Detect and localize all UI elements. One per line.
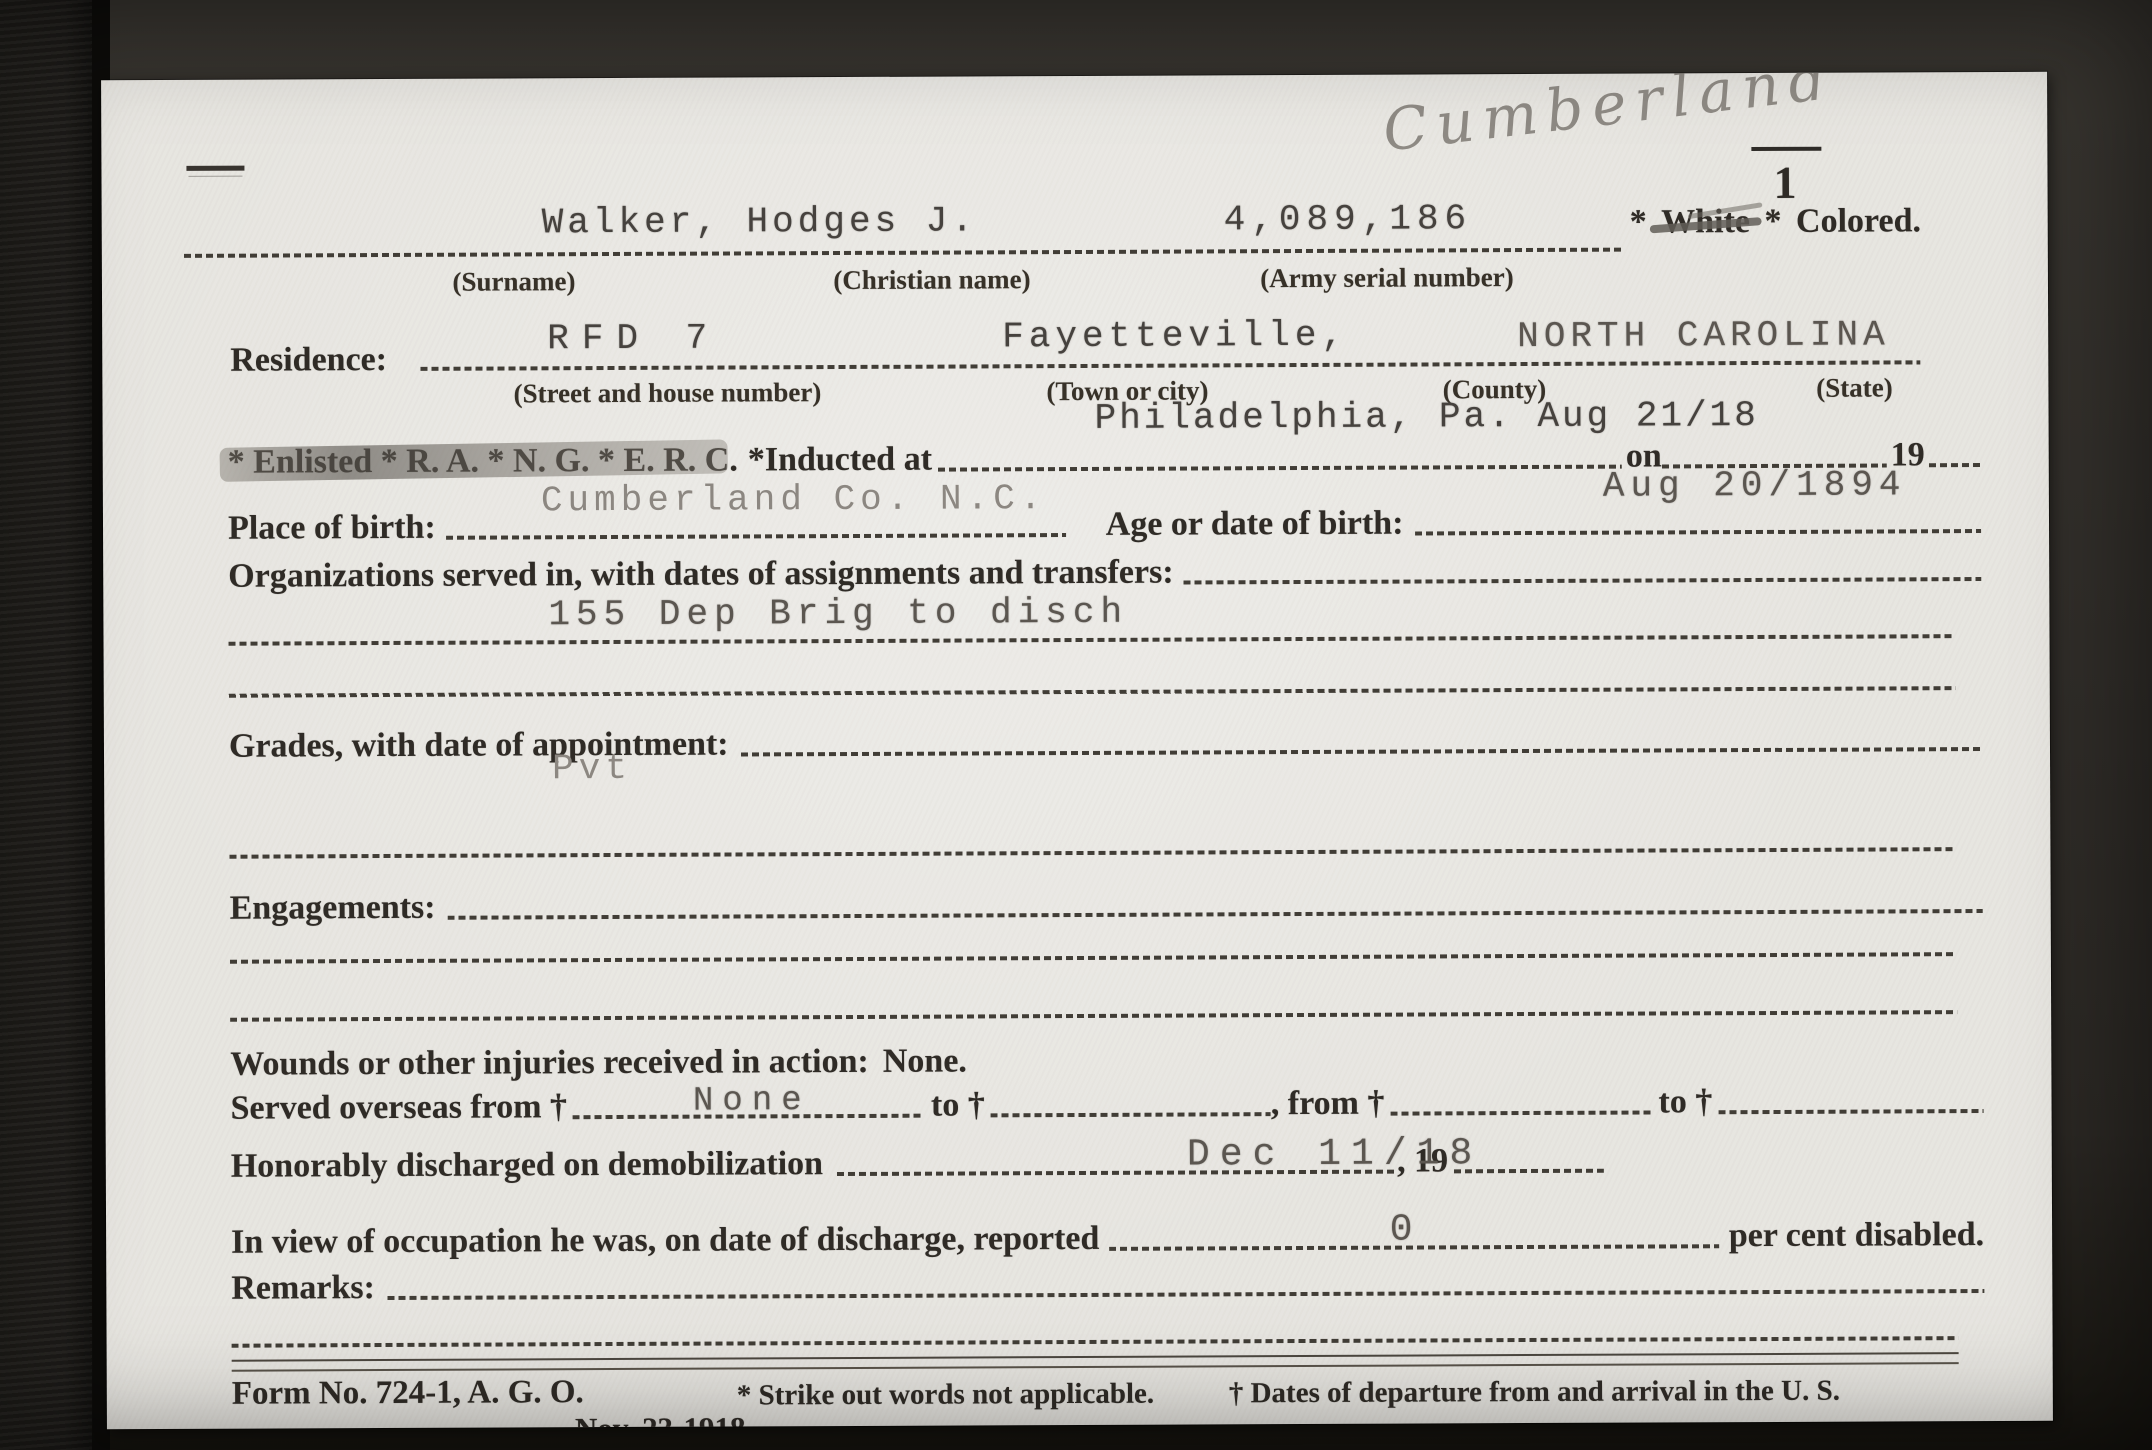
served-overseas-label: Served overseas from † xyxy=(230,1088,567,1128)
discharge-year-blank xyxy=(1454,1169,1604,1174)
engagements-blank xyxy=(448,909,1983,920)
race-colored-label: Colored. xyxy=(1796,202,1921,240)
enlistment-options: * Enlisted * R. A. * N. G. * E. R. C. xyxy=(228,441,738,481)
place-of-birth-label: Place of birth: xyxy=(228,509,436,548)
label-army-serial-number: (Army serial number) xyxy=(1260,262,1514,294)
remarks-label: Remarks: xyxy=(231,1269,375,1308)
inducted-at-blank xyxy=(938,465,1622,472)
organizations-line: Organizations served in, with dates of a… xyxy=(228,550,1981,596)
place-of-birth-blank xyxy=(446,533,1066,540)
overseas-line: Served overseas from † None to † , from … xyxy=(230,1082,1983,1128)
disability-line: In view of occupation he was, on date of… xyxy=(231,1216,1984,1262)
overseas-to2-blank xyxy=(1718,1109,1983,1114)
typed-induction-place-date: Philadelphia, Pa. Aug 21/18 xyxy=(1094,395,1758,439)
age-blank xyxy=(1416,529,1982,535)
partial-date-stamp: Nov. 23-1918 xyxy=(575,1411,746,1429)
film-strip-edge xyxy=(0,0,92,1450)
typed-town: Fayetteville, xyxy=(1002,315,1348,358)
age-or-date-of-birth-label: Age or date of birth: xyxy=(1106,505,1404,544)
label-state: (State) xyxy=(1816,372,1893,403)
wounds-label: Wounds or other injuries received in act… xyxy=(230,1043,869,1084)
typed-overseas-from: None xyxy=(693,1082,811,1121)
inducted-at-label: *Inducted at xyxy=(748,441,932,480)
label-surname: (Surname) xyxy=(452,266,575,298)
page-number: 1 xyxy=(1773,157,1796,209)
residence-label: Residence: xyxy=(230,341,387,380)
typed-discharge-date: Dec 11/18 xyxy=(1187,1132,1482,1176)
to-label: to † xyxy=(1658,1083,1712,1121)
remarks-blank xyxy=(387,1289,1984,1300)
name-line-rule xyxy=(184,248,1624,258)
engagements-label: Engagements: xyxy=(230,889,436,928)
service-record-card: Cumberland 1 Walker, Hodges J. 4,089,186… xyxy=(101,72,2053,1429)
remarks-line: Remarks: xyxy=(231,1262,1984,1308)
typed-name: Walker, Hodges J. xyxy=(542,200,977,243)
footnote-dates: † Dates of departure from and arrival in… xyxy=(1229,1375,1840,1410)
grades-line: Grades, with date of appointment: xyxy=(229,720,1982,766)
typed-percent-disabled: 0 xyxy=(1390,1209,1418,1252)
asterisk: * xyxy=(1630,204,1647,241)
birth-line: Place of birth: Age or date of birth: xyxy=(228,502,1981,548)
grades-label: Grades, with date of appointment: xyxy=(229,726,729,766)
blank-rule xyxy=(229,634,1956,646)
typed-serial-number: 4,089,186 xyxy=(1224,198,1473,240)
page-number-dash xyxy=(1751,147,1821,151)
grades-blank xyxy=(741,747,1982,756)
discharged-label: Honorably discharged on demobilization xyxy=(231,1145,823,1186)
overseas-to1-blank xyxy=(991,1112,1271,1117)
blank-rule xyxy=(229,847,1956,859)
blank-rule xyxy=(230,952,1957,964)
typed-street: RFD 7 xyxy=(547,318,720,360)
from-label: , from † xyxy=(1271,1085,1385,1124)
residence-line-rule xyxy=(420,360,1920,371)
disability-label: In view of occupation he was, on date of… xyxy=(231,1220,1099,1262)
organizations-label: Organizations served in, with dates of a… xyxy=(228,554,1174,596)
wounds-value: None. xyxy=(883,1042,967,1080)
blank-rule xyxy=(232,1336,1959,1348)
to-label: to † xyxy=(931,1086,985,1124)
blank-rule xyxy=(230,1010,1957,1022)
typed-grade: Pvt xyxy=(552,748,632,789)
overseas-from2-blank xyxy=(1390,1111,1650,1116)
engagements-line: Engagements: xyxy=(230,882,1983,928)
year-blank xyxy=(1929,463,1981,467)
wounds-line: Wounds or other injuries received in act… xyxy=(230,1038,1983,1084)
microfilm-scan: Cumberland 1 Walker, Hodges J. 4,089,186… xyxy=(0,0,2152,1450)
printed-dash-mark xyxy=(186,166,244,171)
footer-double-rule xyxy=(232,1352,1959,1372)
overseas-from1-blank: None xyxy=(573,1114,923,1120)
organizations-blank xyxy=(1184,577,1982,584)
discharge-line: Honorably discharged on demobilization D… xyxy=(231,1142,1604,1186)
blank-rule xyxy=(229,686,1956,698)
race-white-option: White xyxy=(1661,203,1750,241)
typed-birth-date: Aug 20/1894 xyxy=(1603,464,1907,506)
typed-organizations: 155 Dep Brig to disch xyxy=(548,592,1128,636)
per-cent-disabled-label: per cent disabled. xyxy=(1729,1216,1985,1255)
form-number: Form No. 724-1, A. G. O. xyxy=(232,1374,584,1412)
race-designation: * White * Colored. xyxy=(1630,202,1921,241)
footnote-strikeout: * Strike out words not applicable. xyxy=(737,1378,1154,1412)
asterisk: * xyxy=(1764,203,1781,240)
discharge-date-blank: Dec 11/18 xyxy=(837,1170,1397,1176)
disability-blank: 0 xyxy=(1109,1244,1718,1251)
label-street-and-house: (Street and house number) xyxy=(513,377,821,409)
typed-state: NORTH CAROLINA xyxy=(1517,314,1890,357)
label-christian-name: (Christian name) xyxy=(833,264,1030,296)
